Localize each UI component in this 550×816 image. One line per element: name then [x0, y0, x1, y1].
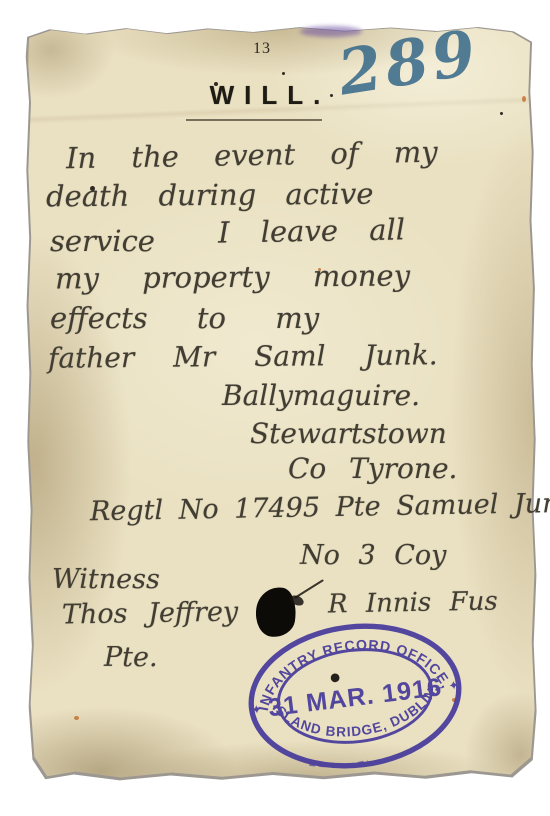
scanned-will-document: 13 WILL. 289 In the event of my death du…	[0, 0, 550, 816]
will-line-9-address: Co Tyrone.	[288, 452, 457, 485]
rust-spot	[74, 716, 79, 720]
will-line-3a: service	[50, 224, 155, 258]
paper-speck	[500, 112, 503, 115]
will-line-2: death during active	[46, 177, 374, 214]
will-line-8-address: Stewartstown	[250, 417, 447, 450]
record-office-stamp: INFANTRY RECORD OFFICE, ISLAND BRIDGE, D…	[234, 605, 475, 787]
heading-underline	[186, 119, 322, 121]
company-line: No 3 Coy	[300, 540, 446, 571]
will-line-6: father Mr Saml Junk.	[48, 338, 438, 374]
will-line-5: effects to my	[50, 301, 319, 335]
will-line-7-address: Ballymaguire.	[222, 379, 420, 412]
stamp-star-left: ✦	[251, 702, 264, 717]
will-line-4: my property money	[55, 258, 410, 295]
witness-rank: Pte.	[104, 642, 158, 673]
stamp-star-right: ✦	[448, 678, 461, 693]
witness-signature: Thos Jeffrey	[62, 596, 239, 630]
witness-label: Witness	[52, 564, 160, 595]
rust-spot	[522, 96, 526, 102]
will-line-3b: I leave all	[218, 212, 406, 249]
will-line-1: In the event of my	[66, 135, 438, 175]
stamp-ink-dot	[330, 673, 340, 683]
paper-speck	[282, 72, 285, 75]
page-number: 13	[242, 40, 282, 58]
